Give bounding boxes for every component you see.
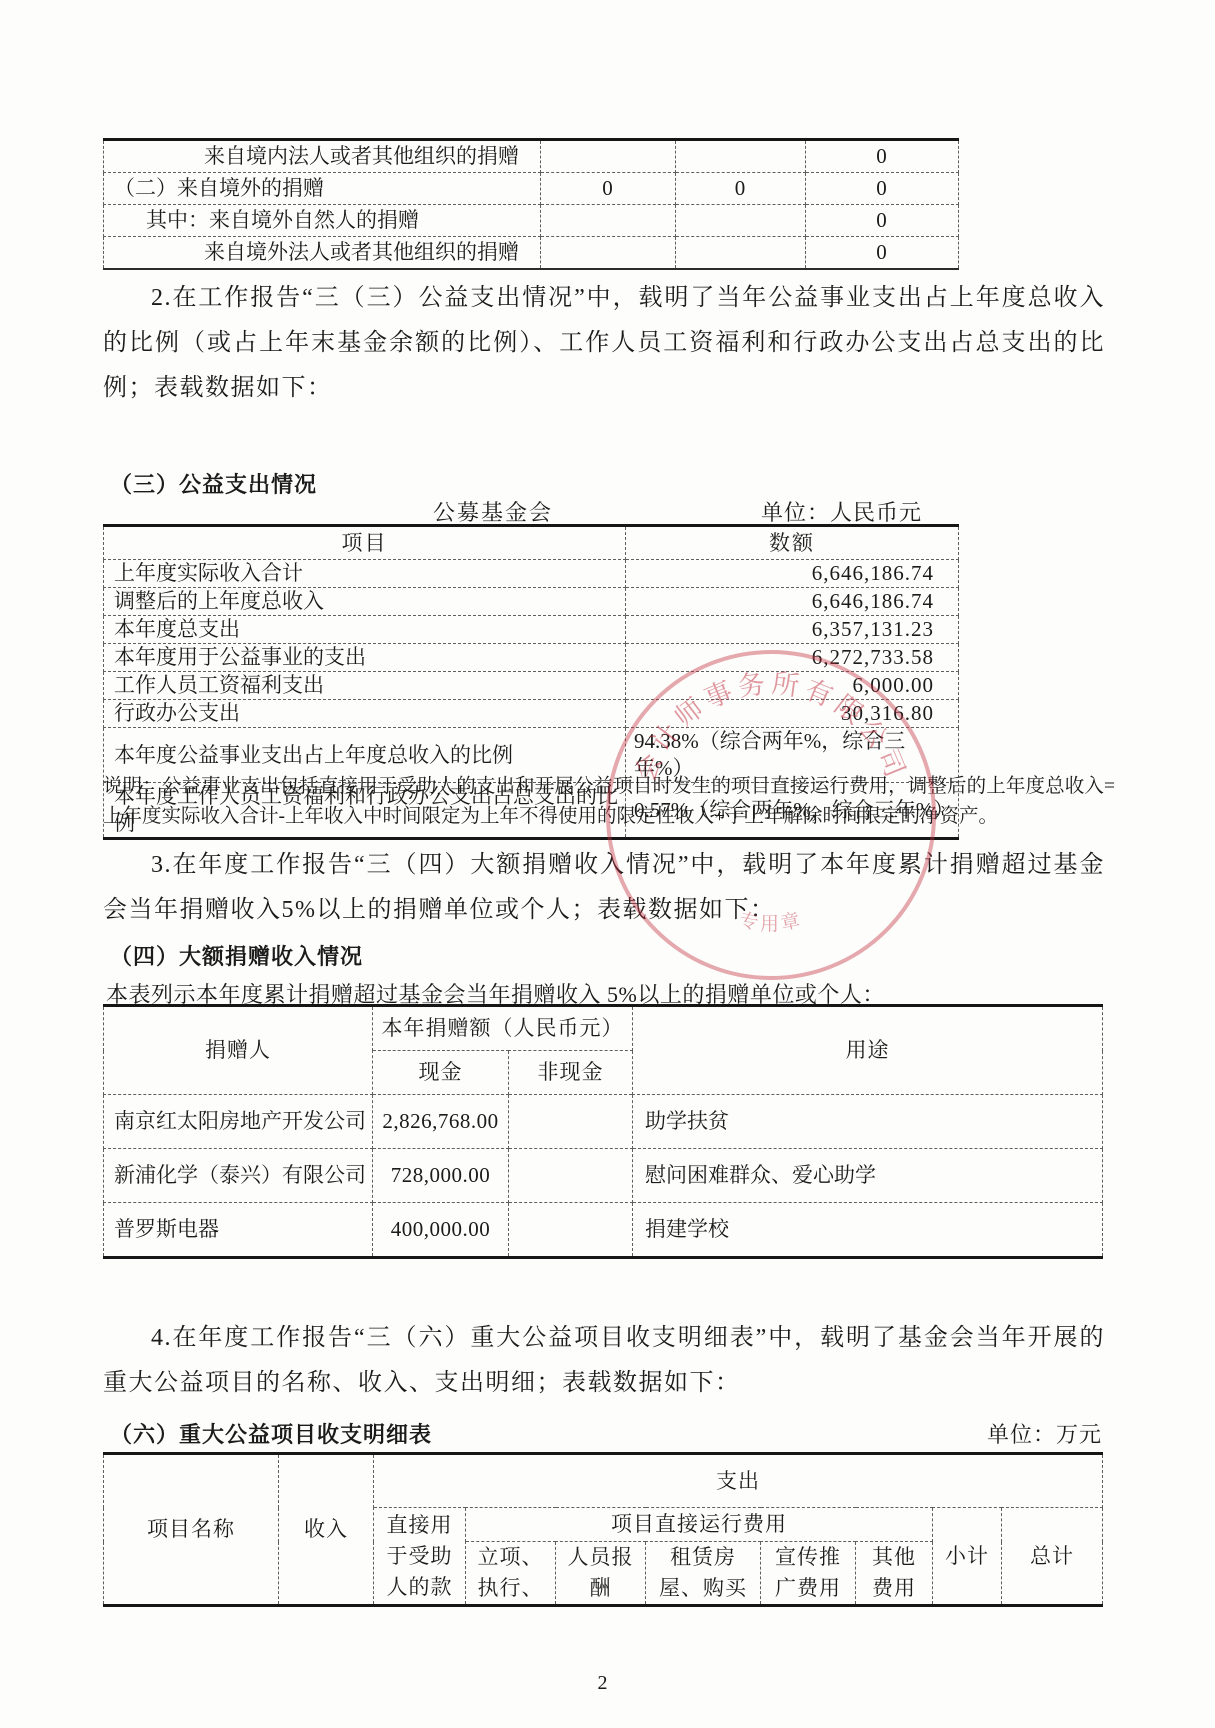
project-detail-table: 项目名称 收入 支出 直接用于受助人的款 项目直接运行费用 小计 总计 立项、执… xyxy=(103,1452,1103,1607)
amount-cell: 6,272,733.58 xyxy=(626,644,959,672)
table-row: 本年度用于公益事业的支出 6,272,733.58 xyxy=(104,644,959,672)
body-paragraph-2: 2.在工作报告“三（三）公益支出情况”中，载明了当年公益事业支出占上年度总收入的… xyxy=(103,276,1105,411)
table-header-row: 项目 数额 xyxy=(104,526,959,560)
major-donation-table: 捐赠人 本年捐赠额（人民币元） 用途 现金 非现金 南京红太阳房地产开发公司 2… xyxy=(103,1004,1103,1259)
column-header-donor: 捐赠人 xyxy=(104,1006,373,1095)
value-cell xyxy=(541,140,676,173)
amount-cell: 6,000.00 xyxy=(626,672,959,700)
column-header-direct-cost-group: 项目直接运行费用 xyxy=(466,1508,933,1542)
table-row: 其中：来自境外自然人的捐赠 0 xyxy=(104,205,959,237)
row-label: 来自境内法人或者其他组织的捐赠 xyxy=(104,140,541,173)
table-row: 本年度总支出 6,357,131.23 xyxy=(104,616,959,644)
usage-cell: 慰问困难群众、爱心助学 xyxy=(633,1149,1103,1203)
table-row: 工作人员工资福利支出 6,000.00 xyxy=(104,672,959,700)
usage-cell: 助学扶贫 xyxy=(633,1095,1103,1149)
value-cell xyxy=(676,140,806,173)
donor-cell: 新浦化学（泰兴）有限公司 xyxy=(104,1149,373,1203)
section-heading-3: （三）公益支出情况 xyxy=(110,468,317,499)
column-header-income: 收入 xyxy=(279,1454,374,1606)
column-header-setup: 立项、执行、 xyxy=(466,1542,556,1606)
item-cell: 工作人员工资福利支出 xyxy=(104,672,626,700)
column-header-project: 项目名称 xyxy=(104,1454,279,1606)
section-heading-6: （六）重大公益项目收支明细表 xyxy=(110,1418,432,1449)
donor-cell: 普罗斯电器 xyxy=(104,1203,373,1258)
value-cell: 0 xyxy=(806,140,959,173)
noncash-cell xyxy=(509,1203,633,1258)
table-header-row: 项目名称 收入 支出 xyxy=(104,1454,1103,1508)
value-cell: 0 xyxy=(806,237,959,270)
value-cell xyxy=(676,205,806,237)
value-cell: 0 xyxy=(541,173,676,205)
value-cell xyxy=(676,237,806,270)
column-header-noncash: 非现金 xyxy=(509,1051,633,1095)
row-label: 来自境外法人或者其他组织的捐赠 xyxy=(104,237,541,270)
table-row: 调整后的上年度总收入 6,646,186.74 xyxy=(104,588,959,616)
column-header-direct-aid: 直接用于受助人的款 xyxy=(374,1508,466,1606)
table3-note: 说明：公益事业支出包括直接用于受助人的支出和开展公益项目时发生的项目直接运行费用… xyxy=(103,772,1115,832)
unit-label: 单位：人民币元 xyxy=(761,496,922,527)
item-cell: 行政办公支出 xyxy=(104,700,626,728)
table-row: 来自境内法人或者其他组织的捐赠 0 xyxy=(104,140,959,173)
amount-cell: 30,316.80 xyxy=(626,700,959,728)
noncash-cell xyxy=(509,1095,633,1149)
table-row: 新浦化学（泰兴）有限公司 728,000.00 慰问困难群众、爱心助学 xyxy=(104,1149,1103,1203)
report-page: 来自境内法人或者其他组织的捐赠 0 （二）来自境外的捐赠 0 0 0 其中：来自… xyxy=(0,0,1215,1728)
fund-type-label: 公募基金会 xyxy=(433,496,553,527)
donation-source-table: 来自境内法人或者其他组织的捐赠 0 （二）来自境外的捐赠 0 0 0 其中：来自… xyxy=(103,138,959,270)
column-header-cash: 现金 xyxy=(373,1051,509,1095)
unit-label: 单位：万元 xyxy=(987,1418,1102,1449)
value-cell: 0 xyxy=(676,173,806,205)
table-row: 行政办公支出 30,316.80 xyxy=(104,700,959,728)
section-heading-4: （四）大额捐赠收入情况 xyxy=(110,940,363,971)
cash-cell: 728,000.00 xyxy=(373,1149,509,1203)
table-row: 南京红太阳房地产开发公司 2,826,768.00 助学扶贫 xyxy=(104,1095,1103,1149)
item-cell: 本年度总支出 xyxy=(104,616,626,644)
column-header-rent: 租赁房屋、购买 xyxy=(646,1542,761,1606)
table-row: 来自境外法人或者其他组织的捐赠 0 xyxy=(104,237,959,270)
table-row: 上年度实际收入合计 6,646,186.74 xyxy=(104,560,959,588)
row-label: （二）来自境外的捐赠 xyxy=(104,173,541,205)
item-cell: 本年度用于公益事业的支出 xyxy=(104,644,626,672)
item-cell: 调整后的上年度总收入 xyxy=(104,588,626,616)
column-header-other: 其他费用 xyxy=(856,1542,933,1606)
amount-cell: 6,357,131.23 xyxy=(626,616,959,644)
column-header-amount-group: 本年捐赠额（人民币元） xyxy=(373,1006,633,1051)
cash-cell: 400,000.00 xyxy=(373,1203,509,1258)
column-header-subtotal: 小计 xyxy=(933,1508,1002,1606)
page-number: 2 xyxy=(103,1672,1102,1695)
usage-cell: 捐建学校 xyxy=(633,1203,1103,1258)
cash-cell: 2,826,768.00 xyxy=(373,1095,509,1149)
noncash-cell xyxy=(509,1149,633,1203)
value-cell xyxy=(541,205,676,237)
body-paragraph-3: 3.在年度工作报告“三（四）大额捐赠收入情况”中，载明了本年度累计捐赠超过基金会… xyxy=(103,843,1105,933)
value-cell xyxy=(541,237,676,270)
value-cell: 0 xyxy=(806,173,959,205)
column-header-expense: 支出 xyxy=(374,1454,1103,1508)
column-header-personnel: 人员报酬 xyxy=(556,1542,646,1606)
table-row: （二）来自境外的捐赠 0 0 0 xyxy=(104,173,959,205)
body-paragraph-4: 4.在年度工作报告“三（六）重大公益项目收支明细表”中，载明了基金会当年开展的重… xyxy=(103,1316,1105,1406)
table-header-row: 捐赠人 本年捐赠额（人民币元） 用途 xyxy=(104,1006,1103,1051)
amount-cell: 6,646,186.74 xyxy=(626,560,959,588)
table-row: 普罗斯电器 400,000.00 捐建学校 xyxy=(104,1203,1103,1258)
column-header-usage: 用途 xyxy=(633,1006,1103,1095)
row-label: 其中：来自境外自然人的捐赠 xyxy=(104,205,541,237)
column-header-total: 总计 xyxy=(1002,1508,1103,1606)
item-cell: 上年度实际收入合计 xyxy=(104,560,626,588)
donor-cell: 南京红太阳房地产开发公司 xyxy=(104,1095,373,1149)
amount-cell: 6,646,186.74 xyxy=(626,588,959,616)
column-header-item: 项目 xyxy=(104,526,626,560)
column-header-promo: 宣传推广费用 xyxy=(761,1542,856,1606)
column-header-amount: 数额 xyxy=(626,526,959,560)
value-cell: 0 xyxy=(806,205,959,237)
